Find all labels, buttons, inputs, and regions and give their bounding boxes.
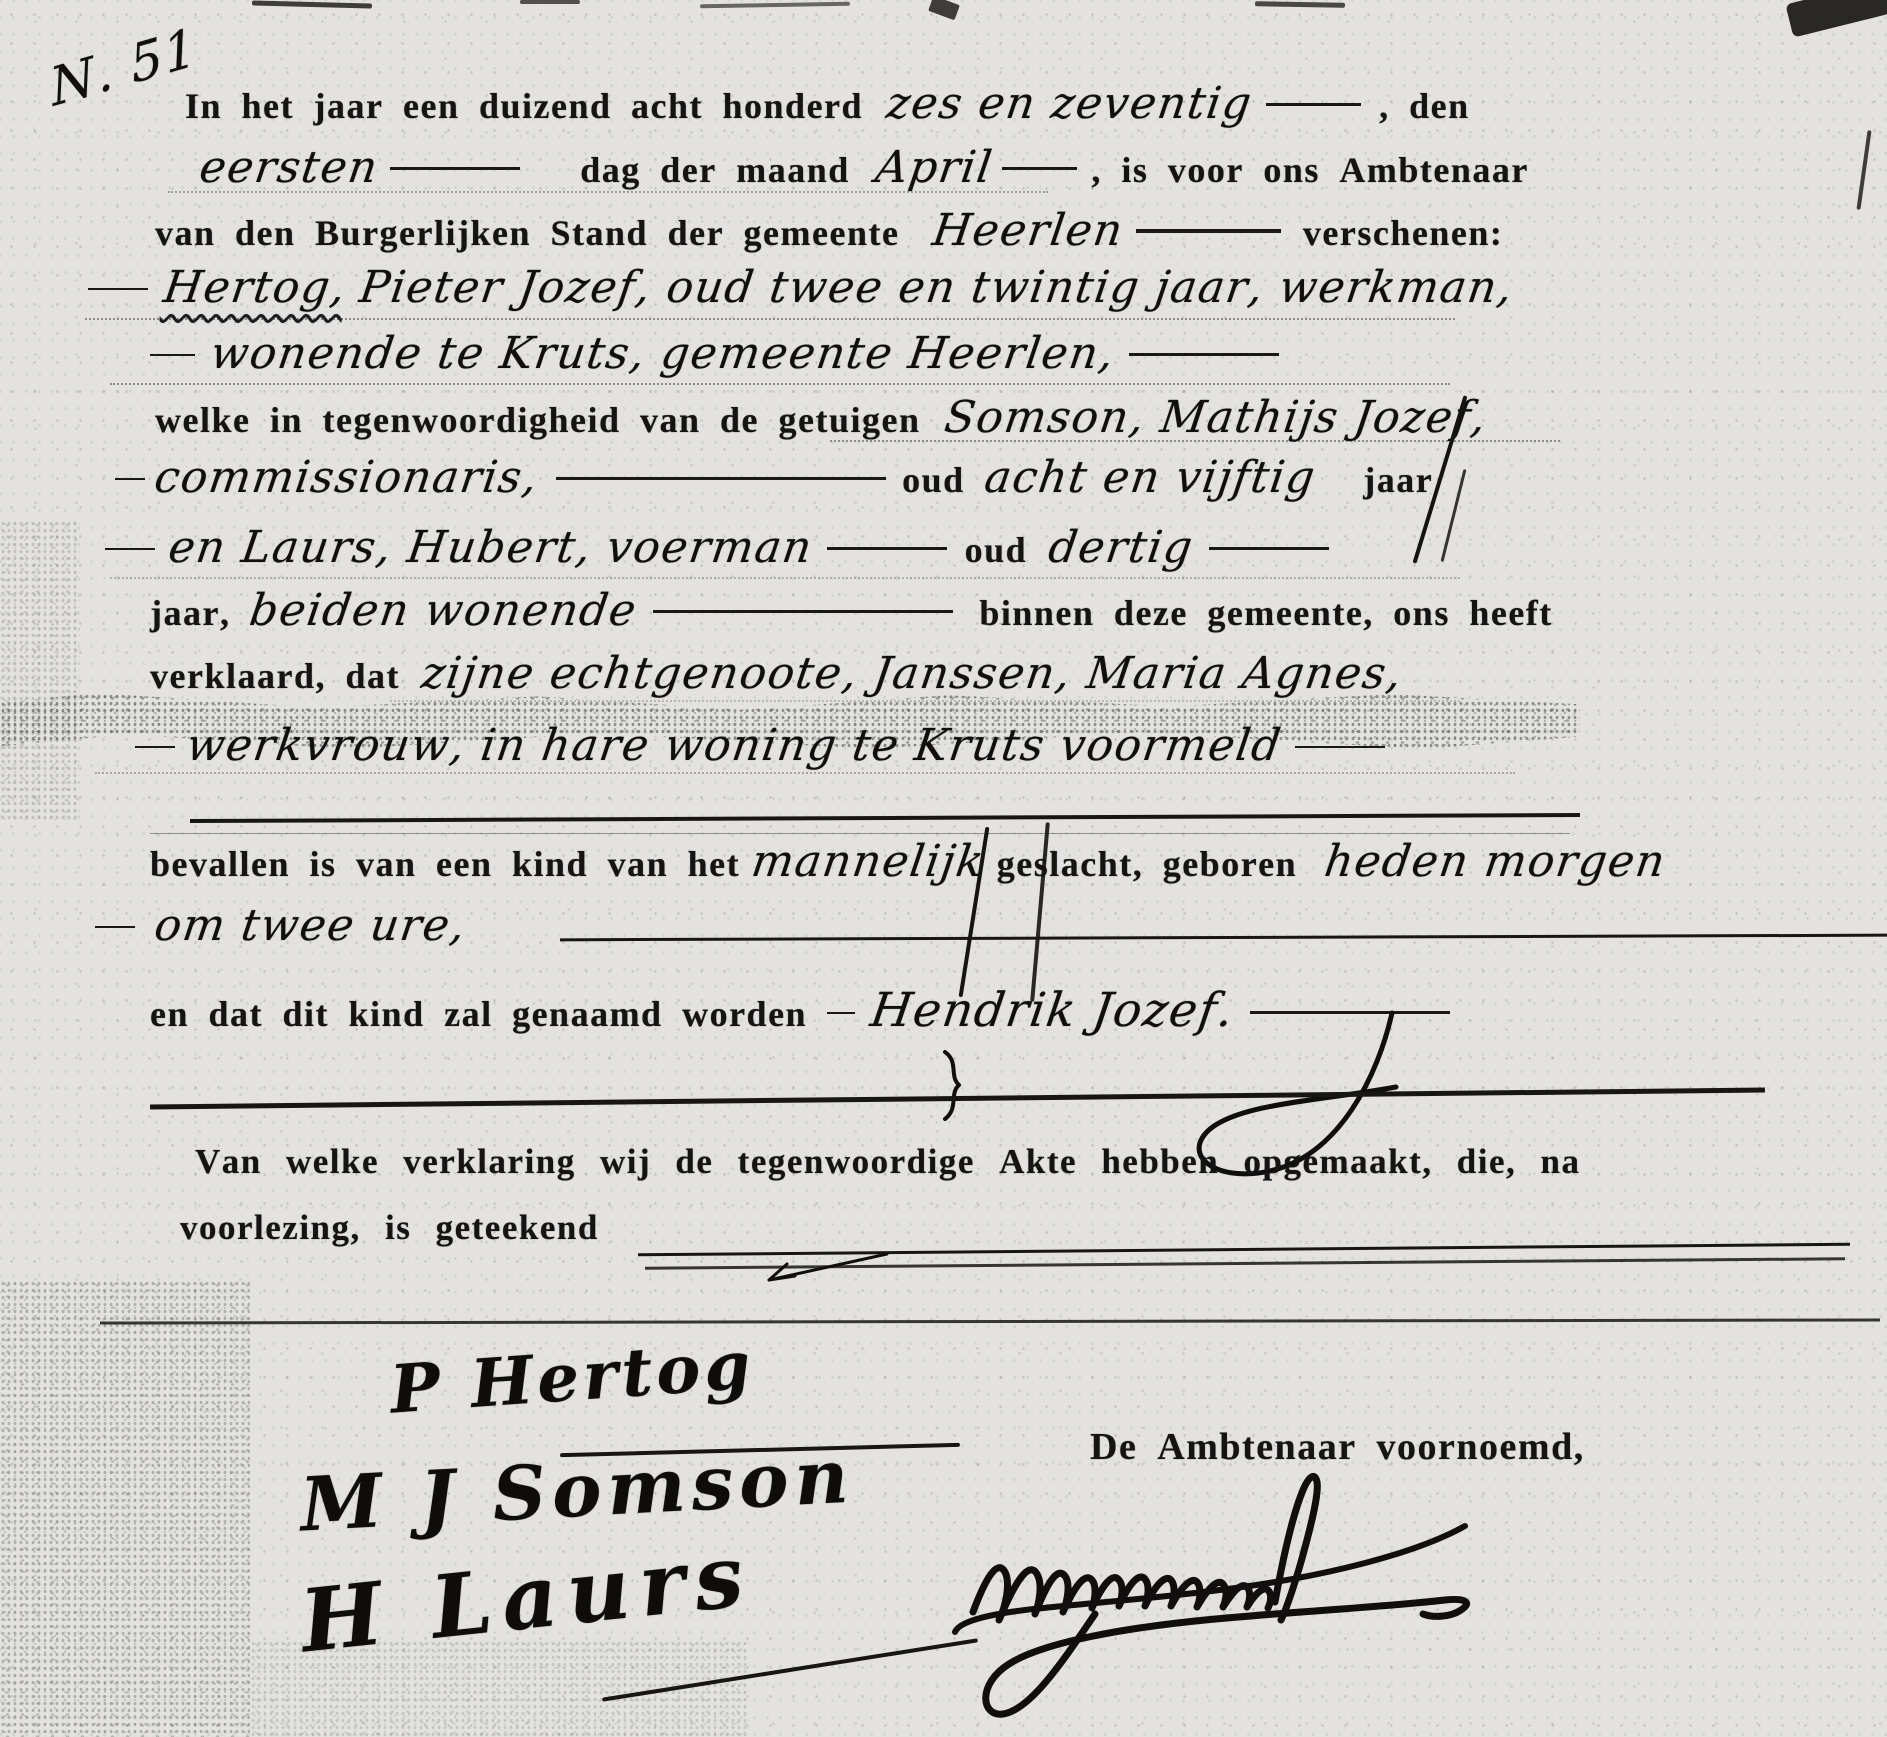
pen-dash (135, 745, 175, 748)
form-line-closing-a: Van welke verklaring wij de tegenwoordig… (195, 1142, 1580, 1182)
handwritten-year: zes en zeventig (883, 78, 1255, 129)
printed-text: verschenen: (1303, 212, 1503, 254)
scan-noise-left-margin (0, 520, 80, 820)
pen-dash (1002, 166, 1077, 170)
printed-text: In het jaar een duizend acht honderd (185, 85, 863, 127)
pen-ruled-line (100, 1318, 1880, 1324)
pen-dash (1266, 102, 1361, 106)
pen-dash (1129, 352, 1279, 356)
birth-record-scan: N. 51 In het jaar een duizend acht honde… (0, 0, 1887, 1737)
ink-speck (520, 0, 580, 4)
pen-dash (556, 476, 886, 480)
printed-text: jaar, (150, 592, 230, 634)
form-rule (95, 772, 1515, 774)
pen-ruled-line (560, 934, 1887, 942)
printed-text: oud (902, 459, 965, 501)
handwritten-municipality: Heerlen (930, 205, 1128, 256)
pen-flourish-stroke (1441, 469, 1467, 562)
pen-dash (95, 925, 135, 928)
handwritten-witness2-name: en Laurs, Hubert, voerman (165, 522, 816, 573)
handwritten-birth-hour: om twee ure, (151, 900, 469, 951)
form-line-day-month: eersten dag der maand April , is voor on… (200, 142, 1529, 193)
printed-text: bevallen is van een kind van het (150, 843, 740, 885)
printed-text: van den Burgerlijken Stand der gemeente (155, 212, 899, 254)
pen-ruled-line-faint (150, 833, 1570, 834)
printed-text: , den (1379, 85, 1470, 127)
ink-speck (1856, 130, 1871, 210)
pen-dash (827, 1011, 855, 1014)
form-line-municipality: van den Burgerlijken Stand der gemeente … (155, 205, 1503, 256)
handwritten-day: eersten (196, 142, 381, 193)
signature-witness1-text: M J Somson (298, 1434, 856, 1549)
form-line-declared: verklaard, dat zijne echtgenoote, Jansse… (150, 648, 1402, 699)
handwritten-line-birth-hour: om twee ure, (95, 900, 466, 951)
pen-dash (150, 353, 195, 356)
handwritten-line-declarant: Hertog, Pieter Jozef, oud twee en twinti… (88, 262, 1514, 313)
pen-dash (88, 287, 148, 290)
form-line-witnesses: welke in tegenwoordigheid van de getuige… (155, 392, 1486, 443)
form-rule (390, 700, 1460, 702)
form-rule (110, 577, 1460, 579)
signature-witness1: M J Somson (298, 1434, 856, 1549)
pen-arrow-mark (755, 1248, 895, 1288)
pen-dash (1295, 745, 1385, 748)
pen-ruled-line (190, 813, 1580, 823)
pen-dash (827, 546, 947, 550)
pen-dash (115, 477, 145, 480)
printed-text: welke in tegenwoordigheid van de getuige… (155, 399, 921, 441)
handwritten-residence: wonende te Kruts, gemeente Heerlen, (207, 328, 1118, 379)
handwritten-birth-time-a: heden morgen (1322, 836, 1670, 887)
handwritten-witness1-occupation: commissionaris, (151, 452, 541, 503)
pen-dash (1136, 228, 1281, 233)
scan-noise-left-margin (0, 1280, 250, 1737)
handwritten-mother-details: werkvrouw, in hare woning te Kruts voorm… (183, 720, 1285, 771)
handwritten-month: April (872, 142, 996, 193)
handwritten-declarant-surname: Hertog, (160, 262, 349, 313)
handwritten-line-residence: wonende te Kruts, gemeente Heerlen, (150, 328, 1279, 379)
printed-text: geslacht, geboren (997, 843, 1297, 885)
pen-dash (105, 547, 155, 550)
printed-text: binnen deze gemeente, ons heeft (979, 592, 1552, 634)
corner-ink-blob (1785, 0, 1887, 38)
handwritten-mother-name: zijne echtgenoote, Janssen, Maria Agnes, (418, 648, 1406, 699)
pen-dash (390, 166, 520, 170)
handwritten-both-residing: beiden wonende (247, 585, 641, 636)
printed-text: voorlezing, is geteekend (180, 1208, 599, 1248)
pen-dash (653, 609, 953, 613)
handwritten-sex: mannelijk (749, 836, 989, 887)
ink-speck (700, 2, 850, 9)
form-line-year: In het jaar een duizend acht honderd zes… (185, 78, 1470, 129)
pen-dash (1209, 546, 1329, 550)
printed-text: verklaard, dat (150, 655, 400, 697)
officer-signature-flourish (945, 1462, 1505, 1732)
handwritten-witness1-age: acht en vijftig (981, 452, 1319, 503)
act-number: N. 51 (43, 18, 206, 118)
form-rule (168, 191, 1048, 193)
printed-text: oud (965, 529, 1028, 571)
printed-text: en dat dit kind zal genaamd worden (150, 993, 807, 1035)
printed-text: , is voor ons Ambtenaar (1091, 149, 1529, 191)
handwritten-witness1-name: Somson, Mathijs Jozef, (941, 392, 1490, 443)
ink-speck (928, 0, 960, 20)
ink-speck (1255, 1, 1345, 8)
form-line-witness1-age: commissionaris, oud acht en vijftig jaar (115, 452, 1433, 503)
printed-text: jaar (1363, 459, 1433, 501)
form-line-both-residing: jaar, beiden wonende binnen deze gemeent… (150, 585, 1553, 636)
form-rule (110, 383, 1450, 385)
form-rule (85, 318, 1455, 320)
signature-declarant-text: P Hertog (388, 1325, 757, 1428)
ink-speck (252, 0, 372, 8)
form-line-child-sex: bevallen is van een kind van het manneli… (150, 836, 1666, 887)
handwritten-declarant-details: Pieter Jozef, oud twee en twintig jaar, … (357, 262, 1517, 313)
signature-declarant: P Hertog (388, 1325, 757, 1428)
act-number-text: N. 51 (47, 17, 202, 119)
handwritten-line-mother-details: werkvrouw, in hare woning te Kruts voorm… (135, 720, 1385, 771)
form-line-witness2: en Laurs, Hubert, voerman oud dertig (105, 522, 1329, 573)
pen-brace-mark (935, 1048, 967, 1123)
printed-text: Van welke verklaring wij de tegenwoordig… (195, 1142, 1580, 1182)
printed-text: dag der maand (580, 149, 850, 191)
form-line-closing-b: voorlezing, is geteekend (180, 1208, 599, 1248)
handwritten-witness2-age: dertig (1046, 522, 1197, 573)
